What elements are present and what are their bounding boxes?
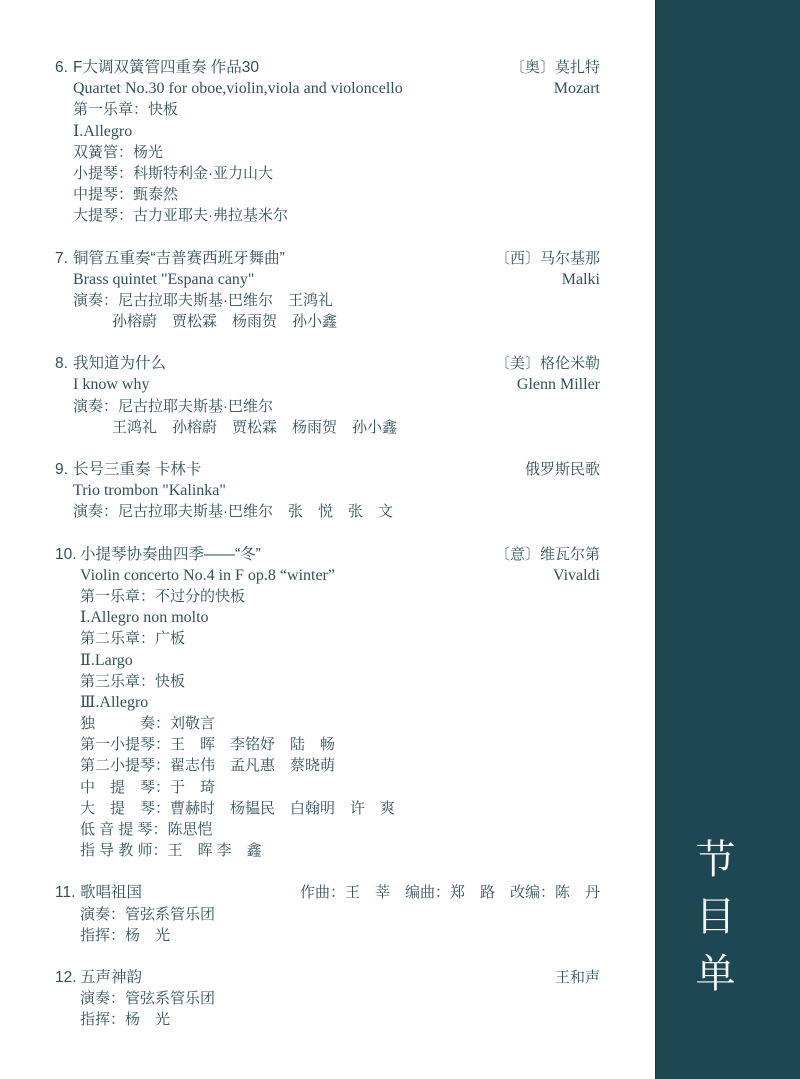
item-title: 长号三重奏 卡林卡 (73, 459, 600, 480)
item-attribution: 作曲：王 莘 编曲：郑 路 改编：陈 丹 (300, 882, 600, 903)
item-line: Ⅱ.Largo (80, 650, 600, 671)
item-line: Ⅰ.Allegro (73, 121, 600, 142)
attribution-en: Glenn Miller (495, 374, 600, 395)
item-line: Ⅰ.Allegro non molto (80, 607, 600, 628)
item-number: 9. (55, 459, 68, 480)
item-line: 演奏：管弦系管乐团 (80, 988, 600, 1009)
item-number: 11. (55, 882, 75, 903)
program-item: 11.歌唱祖国作曲：王 莘 编曲：郑 路 改编：陈 丹演奏：管弦系管乐团指挥：杨… (0, 882, 600, 946)
attribution-cn: 〔美〕格伦米勒 (495, 353, 600, 374)
attribution-en: Mozart (510, 78, 600, 99)
item-line: 指挥：杨 光 (80, 1009, 600, 1030)
item-line: 大提琴：古力亚耶夫·弗拉基米尔 (73, 205, 600, 226)
program-list: 6.F大调双簧管四重奏 作品30〔奥〕莫扎特MozartQuartet No.3… (0, 0, 655, 1052)
item-line: 第一乐章：快板 (73, 99, 600, 120)
item-number: 12. (55, 967, 77, 988)
attribution-cn: 〔西〕马尔基那 (495, 248, 600, 269)
attribution-cn: 〔奥〕莫扎特 (510, 57, 600, 78)
item-line: 第一乐章：不过分的快板 (80, 586, 600, 607)
item-line: 演奏：管弦系管乐团 (80, 904, 600, 925)
program-item: 9.长号三重奏 卡林卡俄罗斯民歌Trio trombon "Kalinka"演奏… (0, 459, 600, 523)
item-line: 中提琴：甄泰然 (73, 184, 600, 205)
program-page: 6.F大调双簧管四重奏 作品30〔奥〕莫扎特MozartQuartet No.3… (0, 0, 800, 1079)
item-line: 独 奏：刘敬言 (80, 713, 600, 734)
item-attribution: 俄罗斯民歌 (525, 459, 600, 480)
item-attribution: 〔奥〕莫扎特Mozart (510, 57, 600, 99)
item-line: Ⅲ.Allegro (80, 692, 600, 713)
item-line: 双簧管：杨光 (73, 142, 600, 163)
item-line: 演奏：尼古拉耶夫斯基·巴维尔 张 悦 张 文 (73, 501, 600, 522)
attribution-cn: 作曲：王 莘 编曲：郑 路 改编：陈 丹 (300, 882, 600, 903)
attribution-en: Malki (495, 269, 600, 290)
item-number: 7. (55, 248, 68, 269)
item-attribution: 王和声 (555, 967, 600, 988)
attribution-cn: 俄罗斯民歌 (525, 459, 600, 480)
program-item: 7.铜管五重奏“吉普赛西班牙舞曲”〔西〕马尔基那MalkiBrass quint… (0, 248, 600, 333)
item-line: 孙榕蔚 贾松霖 杨雨贺 孙小鑫 (73, 311, 600, 332)
item-line: 第三乐章：快板 (80, 671, 600, 692)
item-line: 小提琴：科斯特利金·亚力山大 (73, 163, 600, 184)
item-number: 6. (55, 57, 68, 78)
item-attribution: 〔美〕格伦米勒Glenn Miller (495, 353, 600, 395)
item-number: 10. (55, 544, 77, 565)
item-line: 中 提 琴：于 琦 (80, 777, 600, 798)
item-line: 低 音 提 琴：陈思恺 (80, 819, 600, 840)
attribution-en: Vivaldi (495, 565, 600, 586)
item-line: 演奏：尼古拉耶夫斯基·巴维尔 王鸿礼 (73, 290, 600, 311)
item-attribution: 〔西〕马尔基那Malki (495, 248, 600, 290)
item-line: 第二乐章：广板 (80, 628, 600, 649)
program-item: 12.五声神韵王和声演奏：管弦系管乐团指挥：杨 光 (0, 967, 600, 1031)
sidebar: 节目单 (655, 0, 800, 1079)
item-line: 第二小提琴：翟志伟 孟凡惠 蔡晓萌 (80, 755, 600, 776)
program-item: 10.小提琴协奏曲四季——“冬”〔意〕维瓦尔第VivaldiViolin con… (0, 544, 600, 862)
program-item: 8.我知道为什么〔美〕格伦米勒Glenn MillerI know why演奏：… (0, 353, 600, 438)
item-line: 指挥：杨 光 (80, 925, 600, 946)
attribution-cn: 王和声 (555, 967, 600, 988)
item-attribution: 〔意〕维瓦尔第Vivaldi (495, 544, 600, 586)
item-number: 8. (55, 353, 68, 374)
item-title: 五声神韵 (80, 967, 600, 988)
program-item: 6.F大调双簧管四重奏 作品30〔奥〕莫扎特MozartQuartet No.3… (0, 57, 600, 227)
item-line: Trio trombon "Kalinka" (73, 480, 600, 501)
item-line: 大 提 琴：曹赫时 杨韫民 白翰明 许 爽 (80, 798, 600, 819)
item-line: 指 导 教 师：王 晖 李 鑫 (80, 840, 600, 861)
item-line: 王鸿礼 孙榕蔚 贾松霖 杨雨贺 孙小鑫 (73, 417, 600, 438)
item-line: 演奏：尼古拉耶夫斯基·巴维尔 (73, 396, 600, 417)
item-line: 第一小提琴：王 晖 李铭妤 陆 畅 (80, 734, 600, 755)
page-title: 节目单 (690, 838, 734, 1009)
attribution-cn: 〔意〕维瓦尔第 (495, 544, 600, 565)
